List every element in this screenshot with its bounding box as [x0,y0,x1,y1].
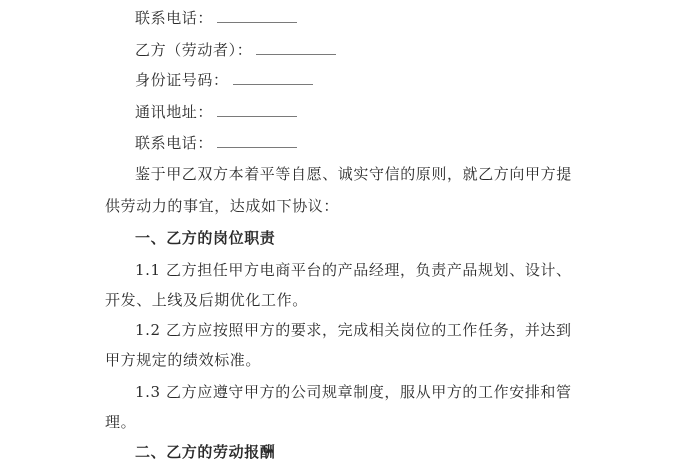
clause-1-1-line-2: 开发、上线及后期优化工作。 [105,290,308,310]
clause-1-2-line-2: 甲方规定的绩效标准。 [105,350,261,370]
clause-1-3-line-2: 理。 [105,412,136,432]
fill-in-blank [217,102,297,117]
field-label: 联系电话： [135,9,213,27]
field-address: 通讯地址： [135,102,297,122]
fill-in-blank [217,133,297,148]
fill-in-blank [217,8,297,23]
clause-1-2-line-1: 1.2 乙方应按照甲方的要求，完成相关岗位的工作任务，并达到 [135,320,572,340]
fill-in-blank [233,70,313,85]
field-party-b: 乙方（劳动者）： [135,40,336,60]
field-label: 联系电话： [135,134,213,152]
clause-1-1-line-1: 1.1 乙方担任甲方电商平台的产品经理，负责产品规划、设计、 [135,260,572,280]
fill-in-blank [256,40,336,55]
field-label: 乙方（劳动者）： [135,41,252,59]
section-1-heading: 一、乙方的岗位职责 [135,228,275,248]
section-2-heading: 二、乙方的劳动报酬 [135,442,275,462]
preamble-line-2: 供劳动力的事宜，达成如下协议： [105,196,339,216]
preamble-line-1: 鉴于甲乙双方本着平等自愿、诚实守信的原则，就乙方向甲方提 [135,164,572,184]
field-label: 身份证号码： [135,71,229,89]
field-label: 通讯地址： [135,103,213,121]
field-contact-phone-2: 联系电话： [135,133,297,153]
field-id-number: 身份证号码： [135,70,313,90]
contract-page: 联系电话： 乙方（劳动者）： 身份证号码： 通讯地址： 联系电话： 鉴于甲乙双方… [0,0,700,470]
field-contact-phone-1: 联系电话： [135,8,297,28]
clause-1-3-line-1: 1.3 乙方应遵守甲方的公司规章制度，服从甲方的工作安排和管 [135,382,572,402]
